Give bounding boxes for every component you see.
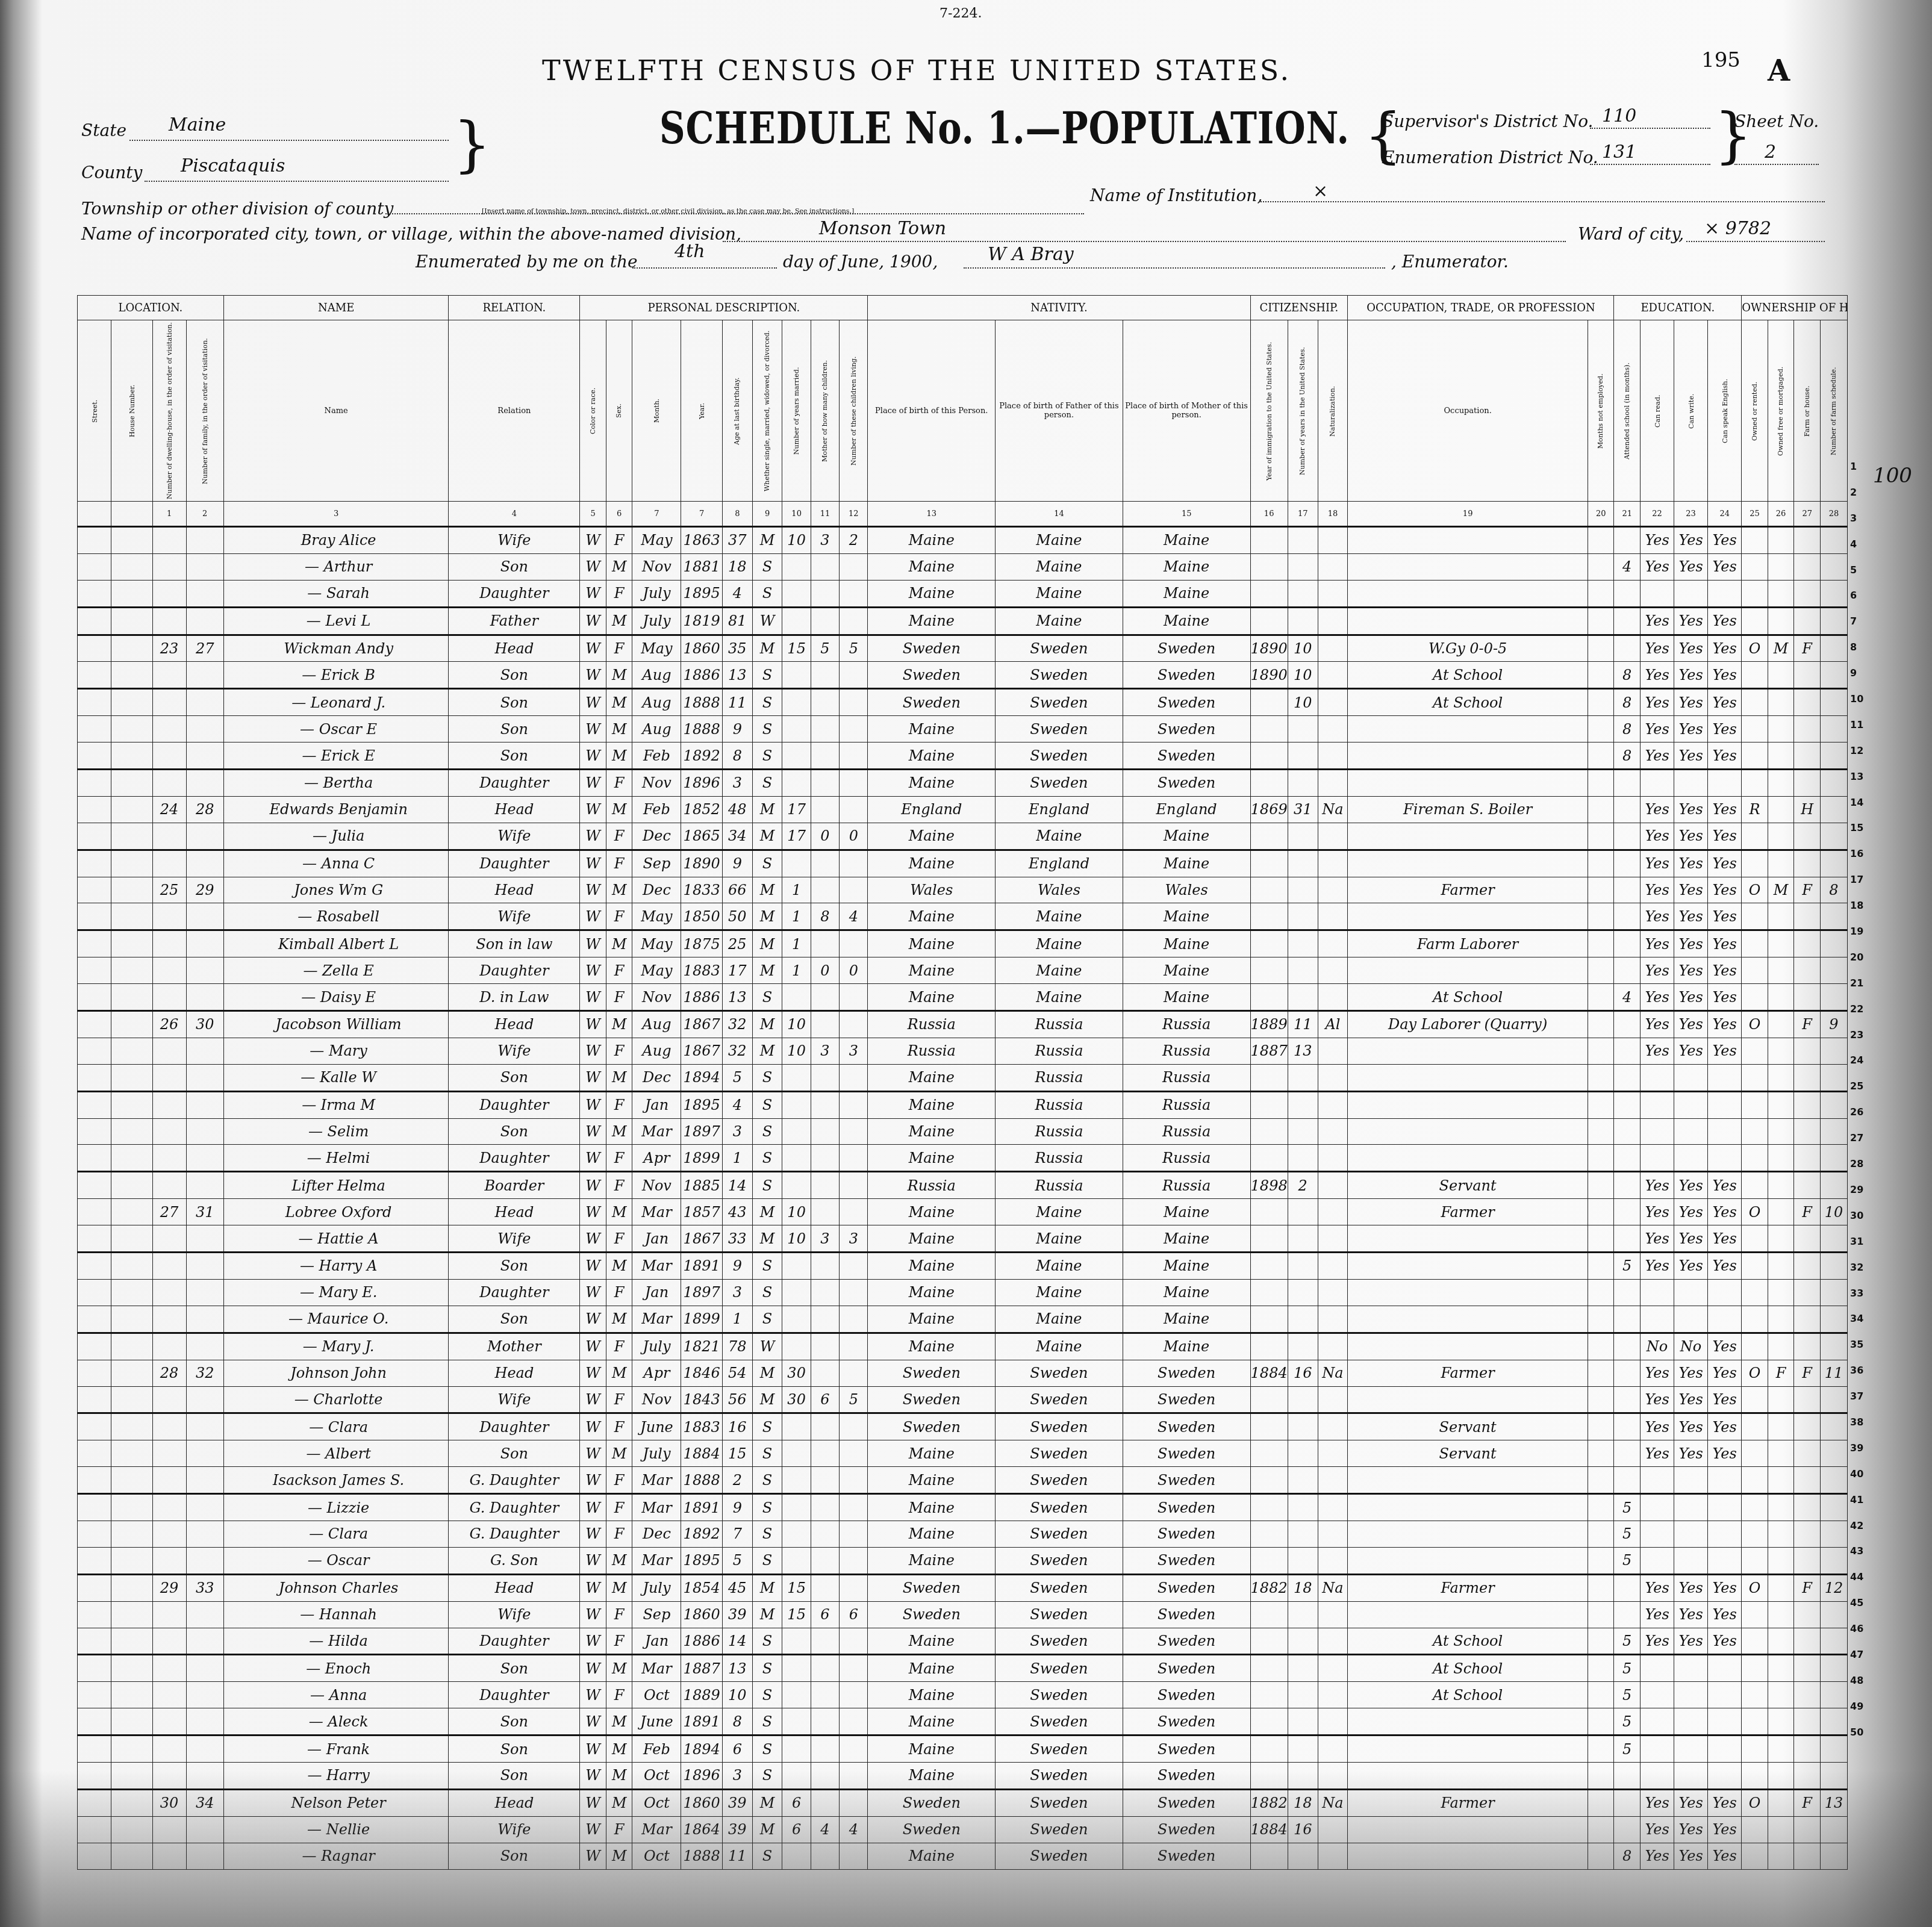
cell-mc xyxy=(811,1708,839,1736)
cell-fb: Russia xyxy=(996,1091,1123,1118)
cell-imm xyxy=(1250,1601,1288,1628)
ward-label: Ward of city, xyxy=(1578,224,1684,244)
cell-wr: Yes xyxy=(1674,527,1708,554)
cell-cl xyxy=(840,607,868,635)
cell-ms: S xyxy=(752,1306,782,1333)
cell-fb: England xyxy=(996,796,1123,823)
cell-ym xyxy=(782,1494,811,1521)
cell-fb: Russia xyxy=(996,1145,1123,1172)
cell-fb: Maine xyxy=(996,1279,1123,1306)
cell-mon: May xyxy=(632,957,681,984)
cell-mne xyxy=(1588,850,1614,877)
cell-en: Yes xyxy=(1708,1038,1742,1064)
cell-en xyxy=(1708,1279,1742,1306)
cell-empty xyxy=(78,742,111,770)
cell-mon: Mar xyxy=(632,1199,681,1225)
cell-ym xyxy=(782,1064,811,1091)
header-group-row: LOCATION. NAME RELATION. PERSONAL DESCRI… xyxy=(78,296,1848,320)
enumeration-rule xyxy=(1590,164,1710,165)
cell-rel: Wife xyxy=(449,903,580,930)
cell-mne xyxy=(1588,1225,1614,1253)
column-number: 22 xyxy=(1641,502,1674,527)
cell-empty xyxy=(111,770,152,797)
cell-wr: Yes xyxy=(1674,1199,1708,1225)
cell-yr: 1895 xyxy=(681,1547,722,1574)
cell-occ: At School xyxy=(1348,984,1588,1011)
cell-fam xyxy=(186,716,223,742)
cell-empty xyxy=(78,1789,111,1816)
cell-fh xyxy=(1794,1816,1821,1843)
cell-pb: Maine xyxy=(868,1253,996,1280)
cell-fam: 30 xyxy=(186,1011,223,1038)
cell-col: W xyxy=(580,553,606,580)
line-number: 45 xyxy=(1850,1597,1874,1623)
cell-cl xyxy=(840,1011,868,1038)
cell-dw: 27 xyxy=(152,1199,186,1225)
cell-mon: July xyxy=(632,607,681,635)
cell-wr xyxy=(1674,1682,1708,1708)
cell-pb: Maine xyxy=(868,957,996,984)
cell-rel: Wife xyxy=(449,823,580,850)
column-number: 12 xyxy=(840,502,868,527)
cell-cl xyxy=(840,1064,868,1091)
cell-en xyxy=(1708,1064,1742,1091)
cell-fb: Sweden xyxy=(996,1494,1123,1521)
cell-imm xyxy=(1250,1413,1288,1440)
cell-fb: Sweden xyxy=(996,689,1123,716)
cell-pb: Sweden xyxy=(868,1413,996,1440)
cell-dw xyxy=(152,689,186,716)
column-label: Sex. xyxy=(606,320,632,502)
cell-empty xyxy=(111,850,152,877)
line-number: 21 xyxy=(1850,977,1874,1003)
state-value: Maine xyxy=(169,114,226,135)
cell-ms: M xyxy=(752,1225,782,1253)
cell-yus xyxy=(1288,1386,1318,1413)
cell-mc xyxy=(811,1306,839,1333)
cell-own xyxy=(1742,770,1768,797)
cell-own: O xyxy=(1742,635,1768,662)
cell-fam xyxy=(186,1494,223,1521)
cell-nat xyxy=(1318,607,1348,635)
line-number: 36 xyxy=(1850,1365,1874,1390)
cell-pb: Sweden xyxy=(868,1816,996,1843)
cell-pb: Sweden xyxy=(868,1386,996,1413)
cell-sex: F xyxy=(606,1038,632,1064)
cell-rel: Daughter xyxy=(449,1145,580,1172)
cell-mb: Sweden xyxy=(1123,1789,1250,1816)
cell-dw xyxy=(152,742,186,770)
cell-pb: Maine xyxy=(868,1306,996,1333)
cell-col: W xyxy=(580,823,606,850)
cell-cl: 0 xyxy=(840,823,868,850)
cell-mb: Russia xyxy=(1123,1064,1250,1091)
cell-yr: 1891 xyxy=(681,1708,722,1736)
table-row: — Erick BSonWMAug188613SSwedenSwedenSwed… xyxy=(78,662,1848,689)
cell-wr: Yes xyxy=(1674,689,1708,716)
cell-nat xyxy=(1318,1333,1348,1360)
cell-mb: Maine xyxy=(1123,1333,1250,1360)
cell-name: Lobree Oxford xyxy=(223,1199,449,1225)
cell-fh xyxy=(1794,1091,1821,1118)
cell-empty xyxy=(111,1199,152,1225)
cell-mb: Sweden xyxy=(1123,1655,1250,1682)
column-label: Can read. xyxy=(1641,320,1674,502)
cell-empty xyxy=(78,1467,111,1494)
table-row: — JuliaWifeWFDec186534M1700MaineMaineMai… xyxy=(78,823,1848,850)
cell-empty xyxy=(111,1440,152,1467)
cell-empty xyxy=(78,1736,111,1763)
cell-sex: M xyxy=(606,1306,632,1333)
cell-empty xyxy=(111,1118,152,1145)
cell-nat xyxy=(1318,1816,1348,1843)
cell-ym xyxy=(782,850,811,877)
cell-name: — Oscar E xyxy=(223,716,449,742)
cell-own xyxy=(1742,1843,1768,1869)
column-number: 8 xyxy=(722,502,752,527)
cell-imm xyxy=(1250,850,1288,877)
cell-sex: F xyxy=(606,527,632,554)
cell-mon: Feb xyxy=(632,1736,681,1763)
cell-nat xyxy=(1318,1467,1348,1494)
cell-mon: Apr xyxy=(632,1145,681,1172)
cell-imm xyxy=(1250,553,1288,580)
cell-mb: Maine xyxy=(1123,527,1250,554)
cell-empty xyxy=(78,1253,111,1280)
cell-col: W xyxy=(580,742,606,770)
page-number: 195 xyxy=(1701,48,1740,72)
cell-col: W xyxy=(580,1789,606,1816)
cell-en: Yes xyxy=(1708,1440,1742,1467)
cell-own xyxy=(1742,1655,1768,1682)
table-row: — MaryWifeWFAug186732M1033RussiaRussiaRu… xyxy=(78,1038,1848,1064)
cell-mort xyxy=(1768,1494,1794,1521)
cell-mc xyxy=(811,607,839,635)
cell-dw xyxy=(152,1306,186,1333)
cell-fh xyxy=(1794,1440,1821,1467)
cell-empty xyxy=(78,1682,111,1708)
cell-wr xyxy=(1674,1306,1708,1333)
education-header: EDUCATION. xyxy=(1614,296,1742,320)
cell-own: R xyxy=(1742,796,1768,823)
cell-fs: 13 xyxy=(1820,1789,1847,1816)
brace-left: } xyxy=(453,114,491,175)
cell-rd xyxy=(1641,1682,1674,1708)
cell-yus xyxy=(1288,1655,1318,1682)
cell-ym: 10 xyxy=(782,527,811,554)
cell-yus xyxy=(1288,1736,1318,1763)
cell-sch xyxy=(1614,1440,1641,1467)
cell-pb: Maine xyxy=(868,1708,996,1736)
cell-ms: M xyxy=(752,527,782,554)
cell-fb: Sweden xyxy=(996,1574,1123,1601)
cell-dw xyxy=(152,1655,186,1682)
cell-imm xyxy=(1250,903,1288,930)
cell-wr: Yes xyxy=(1674,823,1708,850)
cell-dw xyxy=(152,957,186,984)
column-label: Number of family, in the order of visita… xyxy=(186,320,223,502)
cell-mb: Maine xyxy=(1123,553,1250,580)
cell-fam xyxy=(186,1172,223,1199)
cell-mb: Sweden xyxy=(1123,689,1250,716)
cell-occ xyxy=(1348,607,1588,635)
cell-mc: 0 xyxy=(811,823,839,850)
cell-fs xyxy=(1820,1762,1847,1789)
cell-rd: Yes xyxy=(1641,1253,1674,1280)
cell-pb: Maine xyxy=(868,742,996,770)
cell-mon: Feb xyxy=(632,796,681,823)
cell-occ xyxy=(1348,1736,1588,1763)
cell-fh xyxy=(1794,716,1821,742)
cell-empty xyxy=(111,1574,152,1601)
cell-mc xyxy=(811,1253,839,1280)
cell-mort xyxy=(1768,742,1794,770)
census-sheet: 7-224. TWELFTH CENSUS OF THE UNITED STAT… xyxy=(0,0,1932,1927)
cell-col: W xyxy=(580,1386,606,1413)
column-label: Naturalization. xyxy=(1318,320,1348,502)
cell-mb: Sweden xyxy=(1123,1762,1250,1789)
column-label: Place of birth of Mother of this person. xyxy=(1123,320,1250,502)
cell-cl: 6 xyxy=(840,1601,868,1628)
cell-mon: Dec xyxy=(632,1521,681,1547)
cell-fam xyxy=(186,1118,223,1145)
cell-fb: England xyxy=(996,850,1123,877)
cell-ym: 10 xyxy=(782,1199,811,1225)
cell-pb: Russia xyxy=(868,1172,996,1199)
cell-dw xyxy=(152,1601,186,1628)
cell-ms: S xyxy=(752,1279,782,1306)
census-title: TWELFTH CENSUS OF THE UNITED STATES. xyxy=(542,54,1291,87)
cell-col: W xyxy=(580,1306,606,1333)
cell-pb: Maine xyxy=(868,1145,996,1172)
cell-sch xyxy=(1614,796,1641,823)
cell-rd: Yes xyxy=(1641,553,1674,580)
cell-rel: Son xyxy=(449,742,580,770)
cell-mc xyxy=(811,1736,839,1763)
cell-mon: Mar xyxy=(632,1655,681,1682)
cell-sex: M xyxy=(606,1199,632,1225)
cell-cl xyxy=(840,1521,868,1547)
cell-mon: Sep xyxy=(632,1601,681,1628)
cell-cl xyxy=(840,1306,868,1333)
column-label: Attended school (in months). xyxy=(1614,320,1641,502)
cell-mb: Maine xyxy=(1123,984,1250,1011)
cell-own xyxy=(1742,1118,1768,1145)
cell-cl xyxy=(840,1628,868,1655)
cell-ms: S xyxy=(752,1118,782,1145)
cell-age: 33 xyxy=(722,1225,752,1253)
cell-mc xyxy=(811,689,839,716)
cell-ym: 17 xyxy=(782,823,811,850)
cell-col: W xyxy=(580,1118,606,1145)
cell-ms: M xyxy=(752,1386,782,1413)
cell-rel: Wife xyxy=(449,1038,580,1064)
cell-mc xyxy=(811,553,839,580)
cell-fb: Sweden xyxy=(996,1655,1123,1682)
cell-sch xyxy=(1614,1601,1641,1628)
cell-ym xyxy=(782,1172,811,1199)
cell-pb: Sweden xyxy=(868,1601,996,1628)
cell-dw xyxy=(152,716,186,742)
cell-fh xyxy=(1794,1413,1821,1440)
cell-occ xyxy=(1348,1306,1588,1333)
cell-fb: Maine xyxy=(996,823,1123,850)
cell-col: W xyxy=(580,1145,606,1172)
cell-sex: M xyxy=(606,930,632,957)
cell-age: 8 xyxy=(722,742,752,770)
cell-wr: Yes xyxy=(1674,984,1708,1011)
cell-fh xyxy=(1794,1172,1821,1199)
cell-fb: Sweden xyxy=(996,1628,1123,1655)
cell-mb: Sweden xyxy=(1123,1440,1250,1467)
cell-cl xyxy=(840,1333,868,1360)
column-number: 14 xyxy=(996,502,1123,527)
cell-empty xyxy=(111,1333,152,1360)
cell-fh xyxy=(1794,823,1821,850)
cell-own xyxy=(1742,527,1768,554)
cell-ms: S xyxy=(752,662,782,689)
cell-fs: 11 xyxy=(1820,1360,1847,1386)
cell-mort xyxy=(1768,1011,1794,1038)
cell-cl xyxy=(840,742,868,770)
cell-empty xyxy=(111,1279,152,1306)
cell-en xyxy=(1708,1091,1742,1118)
cell-rd xyxy=(1641,1118,1674,1145)
cell-mc: 4 xyxy=(811,1816,839,1843)
cell-mne xyxy=(1588,1011,1614,1038)
cell-fam xyxy=(186,1064,223,1091)
cell-ym xyxy=(782,1413,811,1440)
city-value: Monson Town xyxy=(819,218,946,239)
cell-pb: Maine xyxy=(868,607,996,635)
cell-imm xyxy=(1250,1762,1288,1789)
cell-yr: 1895 xyxy=(681,1091,722,1118)
cell-col: W xyxy=(580,1011,606,1038)
cell-rel: Son xyxy=(449,1736,580,1763)
cell-own xyxy=(1742,1762,1768,1789)
table-row: — Erick ESonWMFeb18928SMaineSwedenSweden… xyxy=(78,742,1848,770)
cell-fh xyxy=(1794,1762,1821,1789)
cell-rd: Yes xyxy=(1641,662,1674,689)
cell-empty xyxy=(78,1225,111,1253)
cell-fb: Sweden xyxy=(996,770,1123,797)
cell-empty xyxy=(111,1225,152,1253)
cell-sch xyxy=(1614,607,1641,635)
cell-imm xyxy=(1250,1253,1288,1280)
cell-empty xyxy=(78,1816,111,1843)
cell-wr: Yes xyxy=(1674,850,1708,877)
cell-empty xyxy=(78,580,111,607)
cell-cl xyxy=(840,1413,868,1440)
cell-rel: Son xyxy=(449,1655,580,1682)
cell-mort xyxy=(1768,1601,1794,1628)
cell-name: — Selim xyxy=(223,1118,449,1145)
cell-sex: M xyxy=(606,1655,632,1682)
cell-fs xyxy=(1820,770,1847,797)
cell-yr: 1860 xyxy=(681,635,722,662)
cell-mne xyxy=(1588,1521,1614,1547)
cell-imm: 1887 xyxy=(1250,1038,1288,1064)
cell-empty xyxy=(111,1655,152,1682)
cell-name: — Nellie xyxy=(223,1816,449,1843)
cell-yr: 1867 xyxy=(681,1011,722,1038)
supervisor-rule xyxy=(1590,128,1710,129)
column-number: 17 xyxy=(1288,502,1318,527)
cell-fam xyxy=(186,823,223,850)
cell-fb: Maine xyxy=(996,527,1123,554)
cell-pb: Maine xyxy=(868,716,996,742)
cell-yr: 1854 xyxy=(681,1574,722,1601)
cell-mb: Sweden xyxy=(1123,1682,1250,1708)
cell-yr: 1860 xyxy=(681,1789,722,1816)
cell-dw xyxy=(152,1279,186,1306)
cell-fh xyxy=(1794,1145,1821,1172)
cell-fb: Wales xyxy=(996,877,1123,903)
cell-mort xyxy=(1768,1386,1794,1413)
cell-en: Yes xyxy=(1708,1601,1742,1628)
cell-cl xyxy=(840,1494,868,1521)
line-number: 24 xyxy=(1850,1054,1874,1080)
cell-fh: F xyxy=(1794,1011,1821,1038)
cell-mon: Mar xyxy=(632,1547,681,1574)
cell-mc xyxy=(811,1789,839,1816)
cell-sch xyxy=(1614,1386,1641,1413)
cell-fam xyxy=(186,770,223,797)
cell-own xyxy=(1742,1628,1768,1655)
cell-imm xyxy=(1250,1655,1288,1682)
cell-age: 37 xyxy=(722,527,752,554)
cell-empty xyxy=(111,1494,152,1521)
cell-wr: Yes xyxy=(1674,796,1708,823)
cell-occ xyxy=(1348,1225,1588,1253)
cell-fam xyxy=(186,1521,223,1547)
cell-age: 13 xyxy=(722,984,752,1011)
cell-sex: F xyxy=(606,1601,632,1628)
cell-fb: Maine xyxy=(996,930,1123,957)
line-number: 14 xyxy=(1850,797,1874,823)
column-number: 21 xyxy=(1614,502,1641,527)
cell-wr: Yes xyxy=(1674,1628,1708,1655)
cell-mort xyxy=(1768,1547,1794,1574)
cell-mne xyxy=(1588,1547,1614,1574)
cell-mc xyxy=(811,1762,839,1789)
column-number xyxy=(111,502,152,527)
cell-fs xyxy=(1820,823,1847,850)
cell-imm xyxy=(1250,1199,1288,1225)
cell-age: 8 xyxy=(722,1708,752,1736)
cell-wr: Yes xyxy=(1674,957,1708,984)
cell-sch: 5 xyxy=(1614,1708,1641,1736)
cell-name: — Julia xyxy=(223,823,449,850)
cell-empty xyxy=(78,1386,111,1413)
cell-pb: Maine xyxy=(868,1199,996,1225)
cell-age: 3 xyxy=(722,1762,752,1789)
cell-empty xyxy=(111,1386,152,1413)
cell-yr: 1894 xyxy=(681,1736,722,1763)
cell-ms: M xyxy=(752,1601,782,1628)
cell-en: Yes xyxy=(1708,742,1742,770)
cell-dw xyxy=(152,1708,186,1736)
cell-yr: 1896 xyxy=(681,770,722,797)
cell-name: Jones Wm G xyxy=(223,877,449,903)
margin-note: 100 xyxy=(1873,464,1912,488)
cell-rel: Head xyxy=(449,1011,580,1038)
cell-empty xyxy=(78,1333,111,1360)
cell-rd xyxy=(1641,1762,1674,1789)
cell-empty xyxy=(111,1547,152,1574)
table-row: — Maurice O.SonWMMar18991SMaineMaineMain… xyxy=(78,1306,1848,1333)
cell-wr: Yes xyxy=(1674,1574,1708,1601)
